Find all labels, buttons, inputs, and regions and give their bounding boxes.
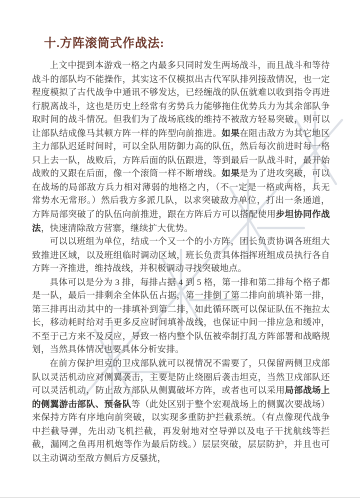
paragraph: 可以以班组为单位，结成一个又一个的小方阵，团长负责协调各班组大致推进区域，以及班… (32, 235, 330, 276)
paragraph: 在前方保护坦克的卫戍部队就可以视情况不需要了，只保留两侧卫戍部队以灵活机动应对侧… (32, 357, 330, 465)
bold-phrase: 如果 (222, 168, 240, 178)
document-content: 十.方阵滚筒式作战法: 上文中提到本游戏一格之内最多只同时发生两场战斗，而且战斗… (32, 36, 330, 465)
bold-phrase: 如果 (222, 128, 240, 138)
document-body: 上文中提到本游戏一格之内最多只同时发生两场战斗，而且战斗和等待战斗的部队均不能操… (32, 59, 330, 465)
page-bottom-edge (0, 497, 360, 498)
text-run: 可以以班组为单位，结成一个又一个的小方阵，团长负责协调各班组大致推进区域，以及班… (32, 236, 330, 273)
paragraph: 上文中提到本游戏一格之内最多只同时发生两场战斗，而且战斗和等待战斗的部队均不能操… (32, 59, 330, 235)
paragraph: 具体可以是分为 3 排，每排占据 4 到 5 格，第一排和第二排每个格子都是一队… (32, 276, 330, 357)
document-page: 十.方阵滚筒式作战法: 上文中提到本游戏一格之内最多只同时发生两场战斗，而且战斗… (0, 0, 360, 501)
text-run: 具体可以是分为 3 排，每排占据 4 到 5 格，第一排和第二排每个格子都是一队… (32, 277, 330, 355)
text-run: ，快速清除敌方营寨，继续扩大优势。 (41, 223, 193, 233)
page-title: 十.方阵滚筒式作战法: (44, 36, 330, 50)
text-run: 上文中提到本游戏一格之内最多只同时发生两场战斗，而且战斗和等待战斗的部队均不能操… (32, 60, 330, 138)
